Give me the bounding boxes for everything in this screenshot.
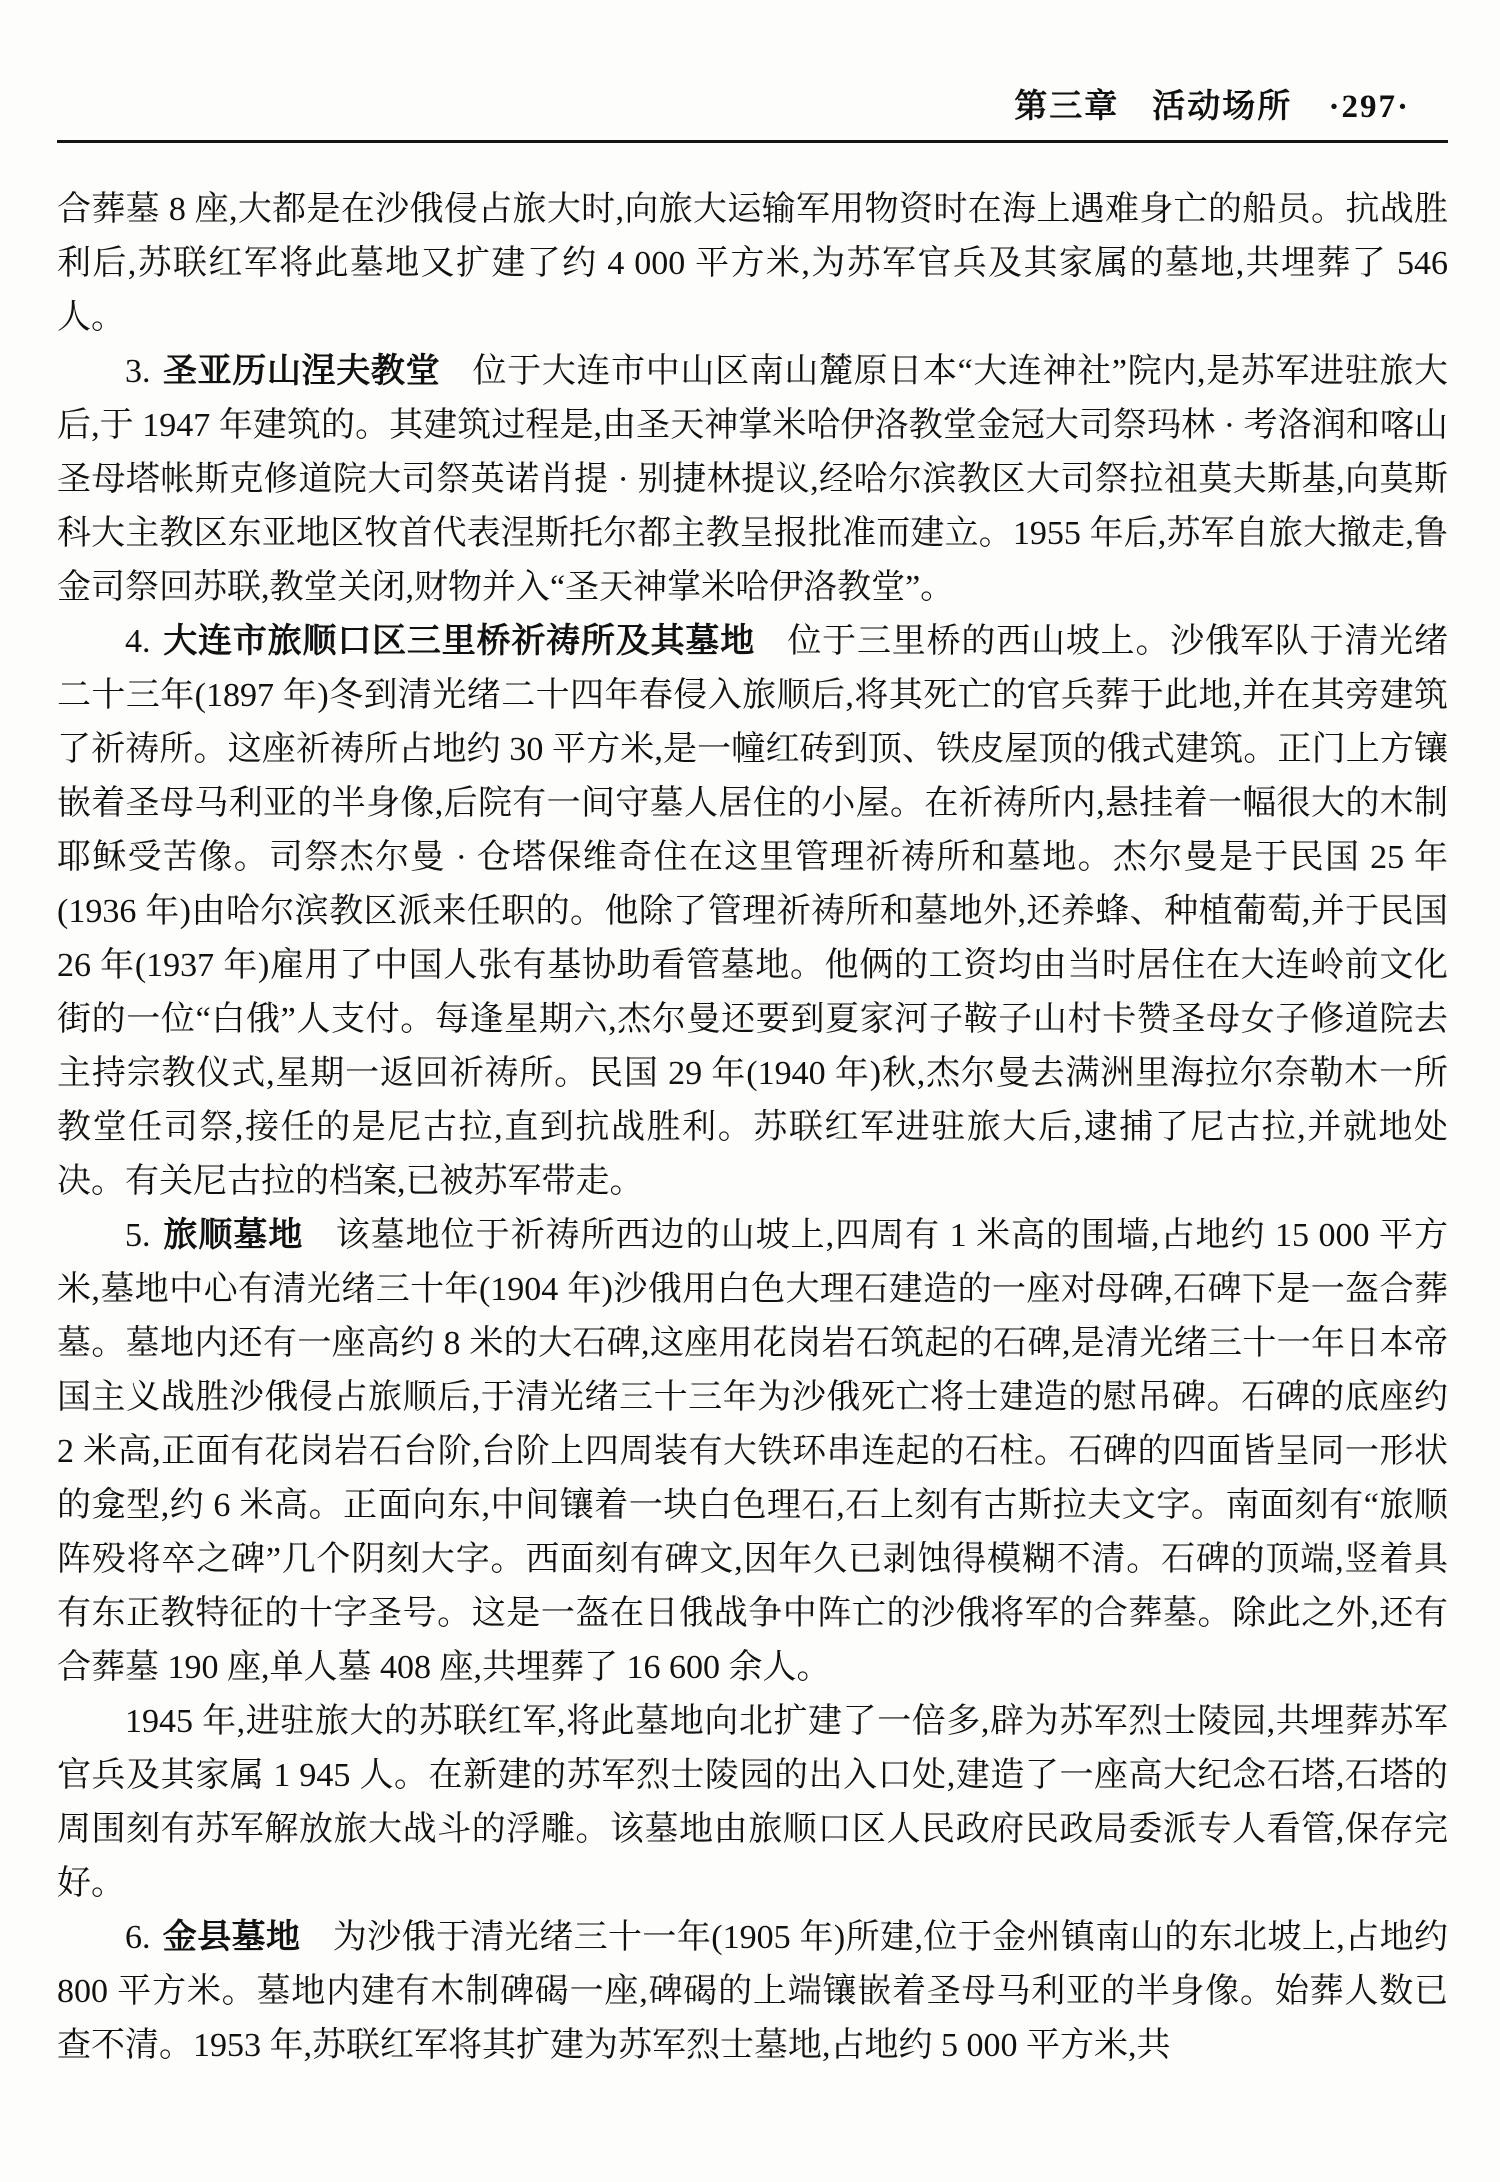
item-title: 金县墓地 bbox=[162, 1919, 300, 1956]
item-title: 大连市旅顺口区三里桥祈祷所及其墓地 bbox=[162, 623, 755, 660]
item-title: 圣亚历山涅夫教堂 bbox=[162, 353, 440, 390]
paragraph-text: 1945 年,进驻旅大的苏联红军,将此墓地向北扩建了一倍多,辟为苏军烈士陵园,共… bbox=[57, 1703, 1448, 1902]
item-number: 6. bbox=[125, 1919, 151, 1956]
paragraph-text: 位于三里桥的西山坡上。沙俄军队于清光绪二十三年(1897 年)冬到清光绪二十四年… bbox=[57, 623, 1448, 1200]
item-number: 5. bbox=[125, 1217, 151, 1254]
section-title: 活动场所 bbox=[1152, 89, 1292, 125]
page-number: ·297· bbox=[1328, 89, 1410, 125]
page-header: 第三章活动场所·297· bbox=[57, 84, 1448, 130]
header-rule bbox=[57, 140, 1448, 143]
item-title: 旅顺墓地 bbox=[162, 1217, 303, 1254]
paragraph-text: 合葬墓 8 座,大都是在沙俄侵占旅大时,向旅大运输军用物资时在海上遇难身亡的船员… bbox=[57, 191, 1448, 336]
paragraph-item-6: 6.金县墓地为沙俄于清光绪三十一年(1905 年)所建,位于金州镇南山的东北坡上… bbox=[57, 1911, 1448, 2073]
paragraph-item-5: 5.旅顺墓地该墓地位于祈祷所西边的山坡上,四周有 1 米高的围墙,占地约 15 … bbox=[57, 1209, 1448, 1695]
page-body: 合葬墓 8 座,大都是在沙俄侵占旅大时,向旅大运输军用物资时在海上遇难身亡的船员… bbox=[57, 183, 1448, 2073]
paragraph-text: 位于大连市中山区南山麓原日本“大连神社”院内,是苏军进驻旅大后,于 1947 年… bbox=[57, 353, 1448, 606]
paragraph-item-3: 3.圣亚历山涅夫教堂位于大连市中山区南山麓原日本“大连神社”院内,是苏军进驻旅大… bbox=[57, 345, 1448, 615]
paragraph-item-4: 4.大连市旅顺口区三里桥祈祷所及其墓地位于三里桥的西山坡上。沙俄军队于清光绪二十… bbox=[57, 615, 1448, 1209]
item-number: 4. bbox=[125, 623, 151, 660]
paragraph-text: 该墓地位于祈祷所西边的山坡上,四周有 1 米高的围墙,占地约 15 000 平方… bbox=[57, 1217, 1448, 1686]
chapter-title: 第三章 bbox=[1014, 89, 1119, 125]
paragraph-continuation: 合葬墓 8 座,大都是在沙俄侵占旅大时,向旅大运输军用物资时在海上遇难身亡的船员… bbox=[57, 183, 1448, 345]
paragraph-1945: 1945 年,进驻旅大的苏联红军,将此墓地向北扩建了一倍多,辟为苏军烈士陵园,共… bbox=[57, 1695, 1448, 1911]
book-page: 第三章活动场所·297· 合葬墓 8 座,大都是在沙俄侵占旅大时,向旅大运输军用… bbox=[0, 0, 1500, 2182]
item-number: 3. bbox=[125, 353, 151, 390]
